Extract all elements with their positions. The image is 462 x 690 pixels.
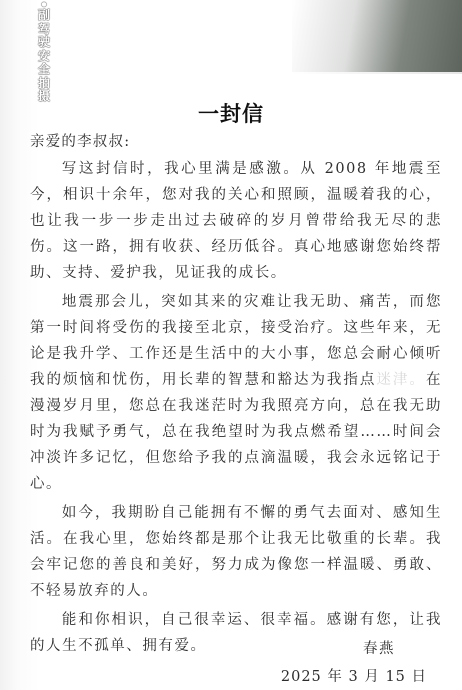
watermark-char: 驾 (38, 23, 50, 37)
watermark-char: 驶 (38, 36, 50, 50)
letter-date: 2025 年 3 月 15 日 (281, 665, 427, 686)
letter-title: 一封信 (0, 98, 462, 128)
salutation: 亲爱的李叔叔: (30, 130, 130, 151)
watermark-char: 安 (38, 50, 50, 64)
paragraph: 如今，我期盼自己能拥有不懈的勇气去面对、感知生活。在我心里，您始终都是那个让我无… (30, 500, 442, 604)
paragraph-text: 在漫漫岁月里，您总在我迷茫时为我照亮方向，总在我无助时为我赋予勇气，总在我绝望时… (30, 372, 442, 492)
paragraph: 地震那会儿，突如其来的灾难让我无助、痛苦，而您第一时间将受伤的我接至北京，接受治… (30, 289, 442, 497)
watermark: ● 副 驾 驶 安 全 拍 摄 (37, 2, 51, 104)
watermark-char: 全 (38, 63, 50, 77)
letter-body: 写这封信时，我心里满是感激。从 2008 年地震至今，相识十余年，您对我的关心和… (30, 156, 442, 662)
paragraph: 写这封信时，我心里满是感激。从 2008 年地震至今，相识十余年，您对我的关心和… (30, 156, 442, 286)
faded-text: 迷津。 (376, 372, 426, 388)
corner-shadow (292, 0, 462, 72)
letter-page: ● 副 驾 驶 安 全 拍 摄 一封信 亲爱的李叔叔: 写这封信时，我心里满是感… (0, 0, 462, 690)
watermark-char: 副 (38, 9, 50, 23)
signature: 春燕 (363, 637, 395, 658)
watermark-char: 拍 (38, 77, 50, 91)
